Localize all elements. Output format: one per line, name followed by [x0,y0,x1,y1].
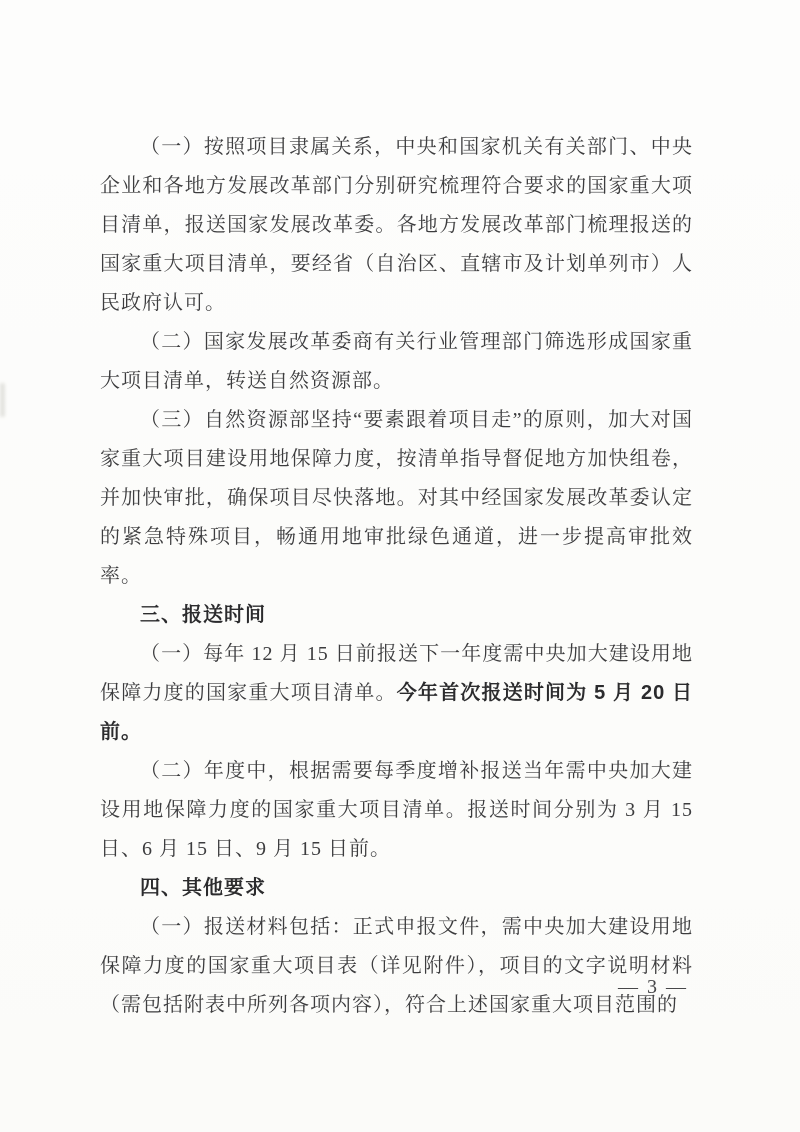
section-heading: 三、报送时间 [100,596,693,635]
page-number: — 3 — [618,976,688,999]
scan-edge-artifact [0,383,5,417]
text-run: （三）自然资源部坚持“要素跟着项目走”的原则，加大对国家重大项目建设用地保障力度… [100,409,693,587]
bold-text-run: 四、其他要求 [140,877,266,899]
text-run: （一）报送材料包括：正式申报文件，需中央加大建设用地保障力度的国家重大项目表（详… [100,916,693,1016]
body-paragraph: （一）报送材料包括：正式申报文件，需中央加大建设用地保障力度的国家重大项目表（详… [100,908,693,1025]
scanned-page: （一）按照项目隶属关系，中央和国家机关有关部门、中央企业和各地方发展改革部门分别… [0,0,800,1132]
bold-text-run: 三、报送时间 [140,604,266,626]
text-run: （二）国家发展改革委商有关行业管理部门筛选形成国家重大项目清单，转送自然资源部。 [100,331,693,392]
document-body: （一）按照项目隶属关系，中央和国家机关有关部门、中央企业和各地方发展改革部门分别… [100,128,693,1025]
text-run: （二）年度中，根据需要每季度增补报送当年需中央加大建设用地保障力度的国家重大项目… [100,760,693,860]
body-paragraph: （一）每年 12 月 15 日前报送下一年度需中央加大建设用地保障力度的国家重大… [100,635,693,752]
body-paragraph: （二）国家发展改革委商有关行业管理部门筛选形成国家重大项目清单，转送自然资源部。 [100,323,693,401]
body-paragraph: （三）自然资源部坚持“要素跟着项目走”的原则，加大对国家重大项目建设用地保障力度… [100,401,693,596]
body-paragraph: （一）按照项目隶属关系，中央和国家机关有关部门、中央企业和各地方发展改革部门分别… [100,128,693,323]
body-paragraph: （二）年度中，根据需要每季度增补报送当年需中央加大建设用地保障力度的国家重大项目… [100,752,693,869]
section-heading: 四、其他要求 [100,869,693,908]
text-run: （一）按照项目隶属关系，中央和国家机关有关部门、中央企业和各地方发展改革部门分别… [100,136,693,314]
